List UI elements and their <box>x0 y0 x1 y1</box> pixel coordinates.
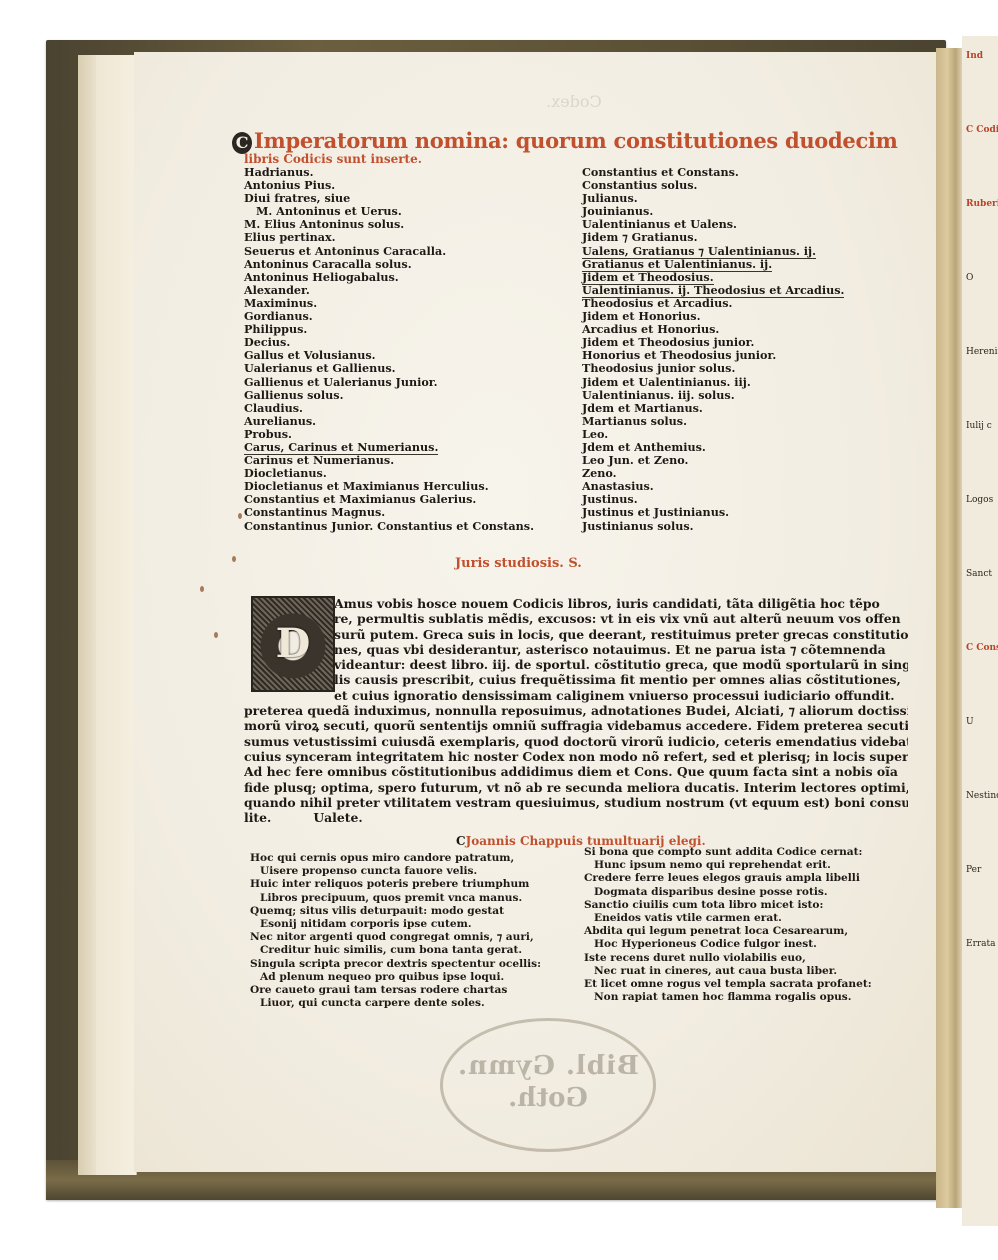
emperor-entry-text: Ualentinianus. iij. solus. <box>582 388 735 402</box>
emperor-entry-text: Diocletianus et Maximianus Herculius. <box>244 479 489 493</box>
emperor-entry-text: Arcadius et Honorius. <box>582 322 719 336</box>
preface-line: Ad hec fere omnibus cõstitutionibus addi… <box>244 764 908 779</box>
facing-page-fragment: U <box>966 716 998 728</box>
poem-verse: Nec nitor argenti quod congregat omnis, … <box>250 931 541 944</box>
poem-verse: Liuor, qui cuncta carpere dente soles. <box>250 997 541 1010</box>
emperor-entry-text: Jidem et Theodosius junior. <box>582 335 754 349</box>
poem-verse: Libros precipuum, quos premit vnca manus… <box>250 892 541 905</box>
stamp-line-2: Goth. <box>443 1083 653 1113</box>
poem-verse: Uisere propenso cuncta fauore velis. <box>250 865 541 878</box>
emperor-entry-text: Justinus. <box>582 492 638 506</box>
facing-page-fragment: C Codic <box>966 124 998 136</box>
poem-verse-text: Eneidos vatis vtile carmen erat. <box>594 912 782 924</box>
poem-verse: Creditur huic similis, cum bona tanta ge… <box>250 944 541 957</box>
emperor-entry-text: Jidem ⁊ Gratianus. <box>582 230 698 244</box>
emperor-entry-text: Philippus. <box>244 322 307 336</box>
emperor-entry-text: Gallus et Volusianus. <box>244 348 376 362</box>
poem-verse-text: Iste recens duret nullo violabilis euo, <box>584 952 806 964</box>
title-text: Imperatorum nomina: quorum constitutione… <box>254 128 898 153</box>
facing-page-fragment: Per <box>966 864 998 876</box>
emperor-entry: Jidem ⁊ Gratianus. <box>582 231 844 244</box>
emperor-entry: Constantinus Junior. Constantius et Cons… <box>244 520 534 533</box>
poem-verse-text: Nec ruat in cineres, aut caua busta libe… <box>594 965 837 977</box>
poem-verse: Non rapiat tamen hoc flamma rogalis opus… <box>584 991 872 1004</box>
poem-verse-text: Nec nitor argenti quod congregat omnis, … <box>250 931 534 943</box>
preface-line: sumus vetustissimi cuiusdã exemplaris, q… <box>244 734 908 749</box>
closing-valete: Ualete. <box>313 810 362 825</box>
emperor-entry-text: Jouinianus. <box>582 204 653 218</box>
facing-page-fragment: Logos <box>966 494 998 506</box>
facing-page-fragment: Herenius <box>966 346 998 358</box>
emperor-entry-text: Leo Jun. et Zeno. <box>582 453 688 467</box>
emperor-entry: Martianus solus. <box>582 415 844 428</box>
preface-line: quando nihil preter vtilitatem vestram q… <box>244 795 908 810</box>
poem-verse-text: Non rapiat tamen hoc flamma rogalis opus… <box>594 991 851 1003</box>
title-initial: C <box>232 132 252 154</box>
poem-verse-text: Hoc qui cernis opus miro candore patratu… <box>250 852 514 864</box>
poem-verse: Dogmata disparibus desine posse rotis. <box>584 886 872 899</box>
poem-verse: Singula scripta precor dextris spectentu… <box>250 958 541 971</box>
preface-line: Amus vobis hosce nouem Codicis libros, i… <box>244 596 908 611</box>
emperor-entry-text: Antonius Pius. <box>244 178 335 192</box>
book-gutter <box>936 48 964 1208</box>
emperor-entry-text: Jidem et Ualentinianus. iij. <box>582 375 751 389</box>
emperor-entry-text: Constantius solus. <box>582 178 697 192</box>
facing-page-fragment: Iulij c <box>966 420 998 432</box>
emperor-entry-text: Gordianus. <box>244 309 313 323</box>
poem-verse-text: Hunc ipsum nemo qui reprehendat erit. <box>594 859 831 871</box>
preface-line: nes, quas vbi desiderantur, asterisco no… <box>244 642 908 657</box>
poem-verse-text: Ore caueto graui tam tersas rodere chart… <box>250 984 507 996</box>
emperor-entry-text: Constantius et Constans. <box>582 165 739 179</box>
poem-verse: Et licet omne rogus vel templa sacrata p… <box>584 978 872 991</box>
library-stamp: Bibl. Gymn. Goth. <box>440 1018 656 1152</box>
emperor-entry-text: Jidem et Honorius. <box>582 309 701 323</box>
preface-line: et cuius ignoratio densissimam caliginem… <box>244 688 908 703</box>
poem-verse-text: Quemq; situs vilis deturpauit: modo gest… <box>250 905 504 917</box>
preface-line: videantur: deest libro. iij. de sportul.… <box>244 657 908 672</box>
emperor-entry-text: Ualentinianus et Ualens. <box>582 217 737 231</box>
ink-fleck <box>238 513 242 519</box>
poem-verse: Ad plenum nequeo pro quibus ipse loqui. <box>250 971 541 984</box>
emperor-entry-text: Martianus solus. <box>582 414 687 428</box>
preface-line: fide plusq; optima, spero futurum, vt nõ… <box>244 780 908 795</box>
emperor-entry-text: Ualerianus et Gallienus. <box>244 361 396 375</box>
emperor-entry-text: Jdem et Anthemius. <box>582 440 706 454</box>
emperor-entry-text: Hadrianus. <box>244 165 314 179</box>
emperor-list-right: Constantius et Constans.Constantius solu… <box>582 166 844 533</box>
poem-left-column: Hoc qui cernis opus miro candore patratu… <box>250 852 541 1010</box>
emperor-entry: Jidem et Theodosius. <box>582 271 844 284</box>
emperor-entry-text: M. Elius Antoninus solus. <box>244 217 404 231</box>
ink-fleck <box>214 632 218 638</box>
poem-verse-text: Ad plenum nequeo pro quibus ipse loqui. <box>260 971 504 983</box>
preface-line: cuius synceram integritatem hic noster C… <box>244 749 908 764</box>
woodcut-initial: D <box>251 596 335 692</box>
poem-verse: Hunc ipsum nemo qui reprehendat erit. <box>584 859 872 872</box>
emperor-entry-text: Antoninus Caracalla solus. <box>244 257 412 271</box>
preface-closing: lite.Ualete. <box>244 810 908 825</box>
poem-verse-text: Singula scripta precor dextris spectentu… <box>250 958 541 970</box>
title-continuation: libris Codicis sunt inserte. <box>244 152 422 166</box>
poem-verse: Huic inter reliquos poteris prebere triu… <box>250 878 541 891</box>
emperor-entry-text: Justinianus solus. <box>582 519 694 533</box>
emperor-entry-text: Antoninus Heliogabalus. <box>244 270 399 284</box>
emperor-entry-text: Theodosius junior solus. <box>582 361 735 375</box>
emperor-entry-text: Maximinus. <box>244 296 317 310</box>
facing-page-fragment: Nestino <box>966 790 998 802</box>
poem-verse-text: Credere ferre leues elegos grauis ampla … <box>584 872 860 884</box>
emperor-entry-text: Anastasius. <box>582 479 654 493</box>
ink-fleck <box>232 556 236 562</box>
poem-verse: Sanctio ciuilis cum tota libro micet ist… <box>584 899 872 912</box>
emperor-entry-text: Carinus et Numerianus. <box>244 453 394 467</box>
emperor-entry-text: Theodosius et Arcadius. <box>582 296 732 310</box>
emperor-entry-text: Claudius. <box>244 401 303 415</box>
poem-verse-text: Uisere propenso cuncta fauore velis. <box>260 865 477 877</box>
preface-line: surũ putem. Greca suis in locis, que dee… <box>244 627 908 642</box>
poem-verse: Iste recens duret nullo violabilis euo, <box>584 952 872 965</box>
poem-verse-text: Liuor, qui cuncta carpere dente soles. <box>260 997 485 1009</box>
emperor-entry-text: Julianus. <box>582 191 638 205</box>
poem-verse-text: Creditur huic similis, cum bona tanta ge… <box>260 944 522 956</box>
facing-page-edge: IndC CodicRubericaOHereniusIulij cLogosS… <box>962 36 998 1226</box>
emperor-entry-text: Zeno. <box>582 466 617 480</box>
ink-fleck <box>200 586 204 592</box>
poem-verse: Eneidos vatis vtile carmen erat. <box>584 912 872 925</box>
poem-verse-text: Hoc Hyperioneus Codice fulgor inest. <box>594 938 817 950</box>
preface-line: re, permultis sublatis mẽdis, excusos: v… <box>244 611 908 626</box>
emperor-entry-text: Seuerus et Antoninus Caracalla. <box>244 244 446 258</box>
poem-verse-text: Esonij nitidam corporis ipse cutem. <box>260 918 472 930</box>
poem-verse-text: Dogmata disparibus desine posse rotis. <box>594 886 828 898</box>
emperor-entry-text: Constantius et Maximianus Galerius. <box>244 492 476 506</box>
emperor-entry-text: Constantinus Magnus. <box>244 505 385 519</box>
emperor-entry: Leo Jun. et Zeno. <box>582 454 844 467</box>
preface-line: preterea quedã induximus, nonnulla repos… <box>244 703 908 718</box>
poem-verse: Ore caueto graui tam tersas rodere chart… <box>250 984 541 997</box>
facing-page-fragment: C Constit <box>966 642 998 654</box>
poem-verse-text: Et licet omne rogus vel templa sacrata p… <box>584 978 872 990</box>
emperor-entry-text: M. Antoninus et Uerus. <box>256 204 402 218</box>
show-through-text: Codex. <box>546 92 602 111</box>
poem-verse-text: Sanctio ciuilis cum tota libro micet ist… <box>584 899 823 911</box>
poem-verse: Esonij nitidam corporis ipse cutem. <box>250 918 541 931</box>
emperor-entry-text: Leo. <box>582 427 608 441</box>
facing-page-fragment: Sanct <box>966 568 998 580</box>
emperor-entry-text: Justinus et Justinianus. <box>582 505 729 519</box>
emperor-entry-text: Constantinus Junior. Constantius et Cons… <box>244 519 534 533</box>
emperor-entry-text: Diocletianus. <box>244 466 327 480</box>
facing-page-fragment: Errata <box>966 938 998 950</box>
facing-page-fragment: Ruberica <box>966 198 998 210</box>
emperor-entry-text: Gallienus solus. <box>244 388 343 402</box>
poem-right-column: Si bona que compto sunt addita Codice ce… <box>584 846 872 1004</box>
poem-verse-text: Libros precipuum, quos premit vnca manus… <box>260 892 522 904</box>
stamp-line-1: Bibl. Gymn. <box>443 1051 653 1081</box>
emperor-entry-text: Aurelianus. <box>244 414 316 428</box>
emperor-entry-text: Jdem et Martianus. <box>582 401 703 415</box>
preface-line: morũ viroꝝ secuti, quorũ sententijs omni… <box>244 718 908 733</box>
emperor-entry-text: Honorius et Theodosius junior. <box>582 348 776 362</box>
facing-page-fragment: O <box>966 272 998 284</box>
emperor-entry-text: Diui fratres, siue <box>244 191 350 205</box>
poem-verse: Credere ferre leues elegos grauis ampla … <box>584 872 872 885</box>
emperor-entry-text: Alexander. <box>244 283 310 297</box>
emperor-entry-text: Decius. <box>244 335 290 349</box>
poem-verse: Si bona que compto sunt addita Codice ce… <box>584 846 872 859</box>
poem-verse: Hoc Hyperioneus Codice fulgor inest. <box>584 938 872 951</box>
facing-page-fragment: Ind <box>966 50 998 62</box>
emperor-entry: Justinianus solus. <box>582 520 844 533</box>
preface-line: lis causis prescribit, cuius frequẽtissi… <box>244 672 908 687</box>
poem-verse-text: Si bona que compto sunt addita Codice ce… <box>584 846 862 858</box>
preface-text: Amus vobis hosce nouem Codicis libros, i… <box>244 596 908 825</box>
emperor-entry-text: Elius pertinax. <box>244 230 336 244</box>
emperor-entry-text: Probus. <box>244 427 292 441</box>
emperor-entry: Probus. <box>244 428 534 441</box>
flyleaf-inner <box>96 55 137 1175</box>
emperor-entry: Ualens, Gratianus ⁊ Ualentinianus. ij. <box>582 245 844 258</box>
woodcut-letter: D <box>253 620 333 667</box>
closing-start: lite. <box>244 810 271 825</box>
poem-verse-text: Huic inter reliquos poteris prebere triu… <box>250 878 529 890</box>
poem-verse: Hoc qui cernis opus miro candore patratu… <box>250 852 541 865</box>
pilcrow-mark: C <box>456 834 466 848</box>
poem-verse: Abdita qui legum penetrat loca Cesarearu… <box>584 925 872 938</box>
poem-verse: Nec ruat in cineres, aut caua busta libe… <box>584 965 872 978</box>
preface-heading: Juris studiosis. S. <box>455 556 582 571</box>
poem-verse: Quemq; situs vilis deturpauit: modo gest… <box>250 905 541 918</box>
page-title: CImperatorum nomina: quorum constitution… <box>232 128 898 154</box>
poem-verse-text: Abdita qui legum penetrat loca Cesarearu… <box>584 925 848 937</box>
emperor-entry: Gratianus et Ualentinianus. ij. <box>582 258 844 271</box>
emperor-list-left: Hadrianus.Antonius Pius.Diui fratres, si… <box>244 166 534 533</box>
emperor-entry-text: Gallienus et Ualerianus Junior. <box>244 375 438 389</box>
